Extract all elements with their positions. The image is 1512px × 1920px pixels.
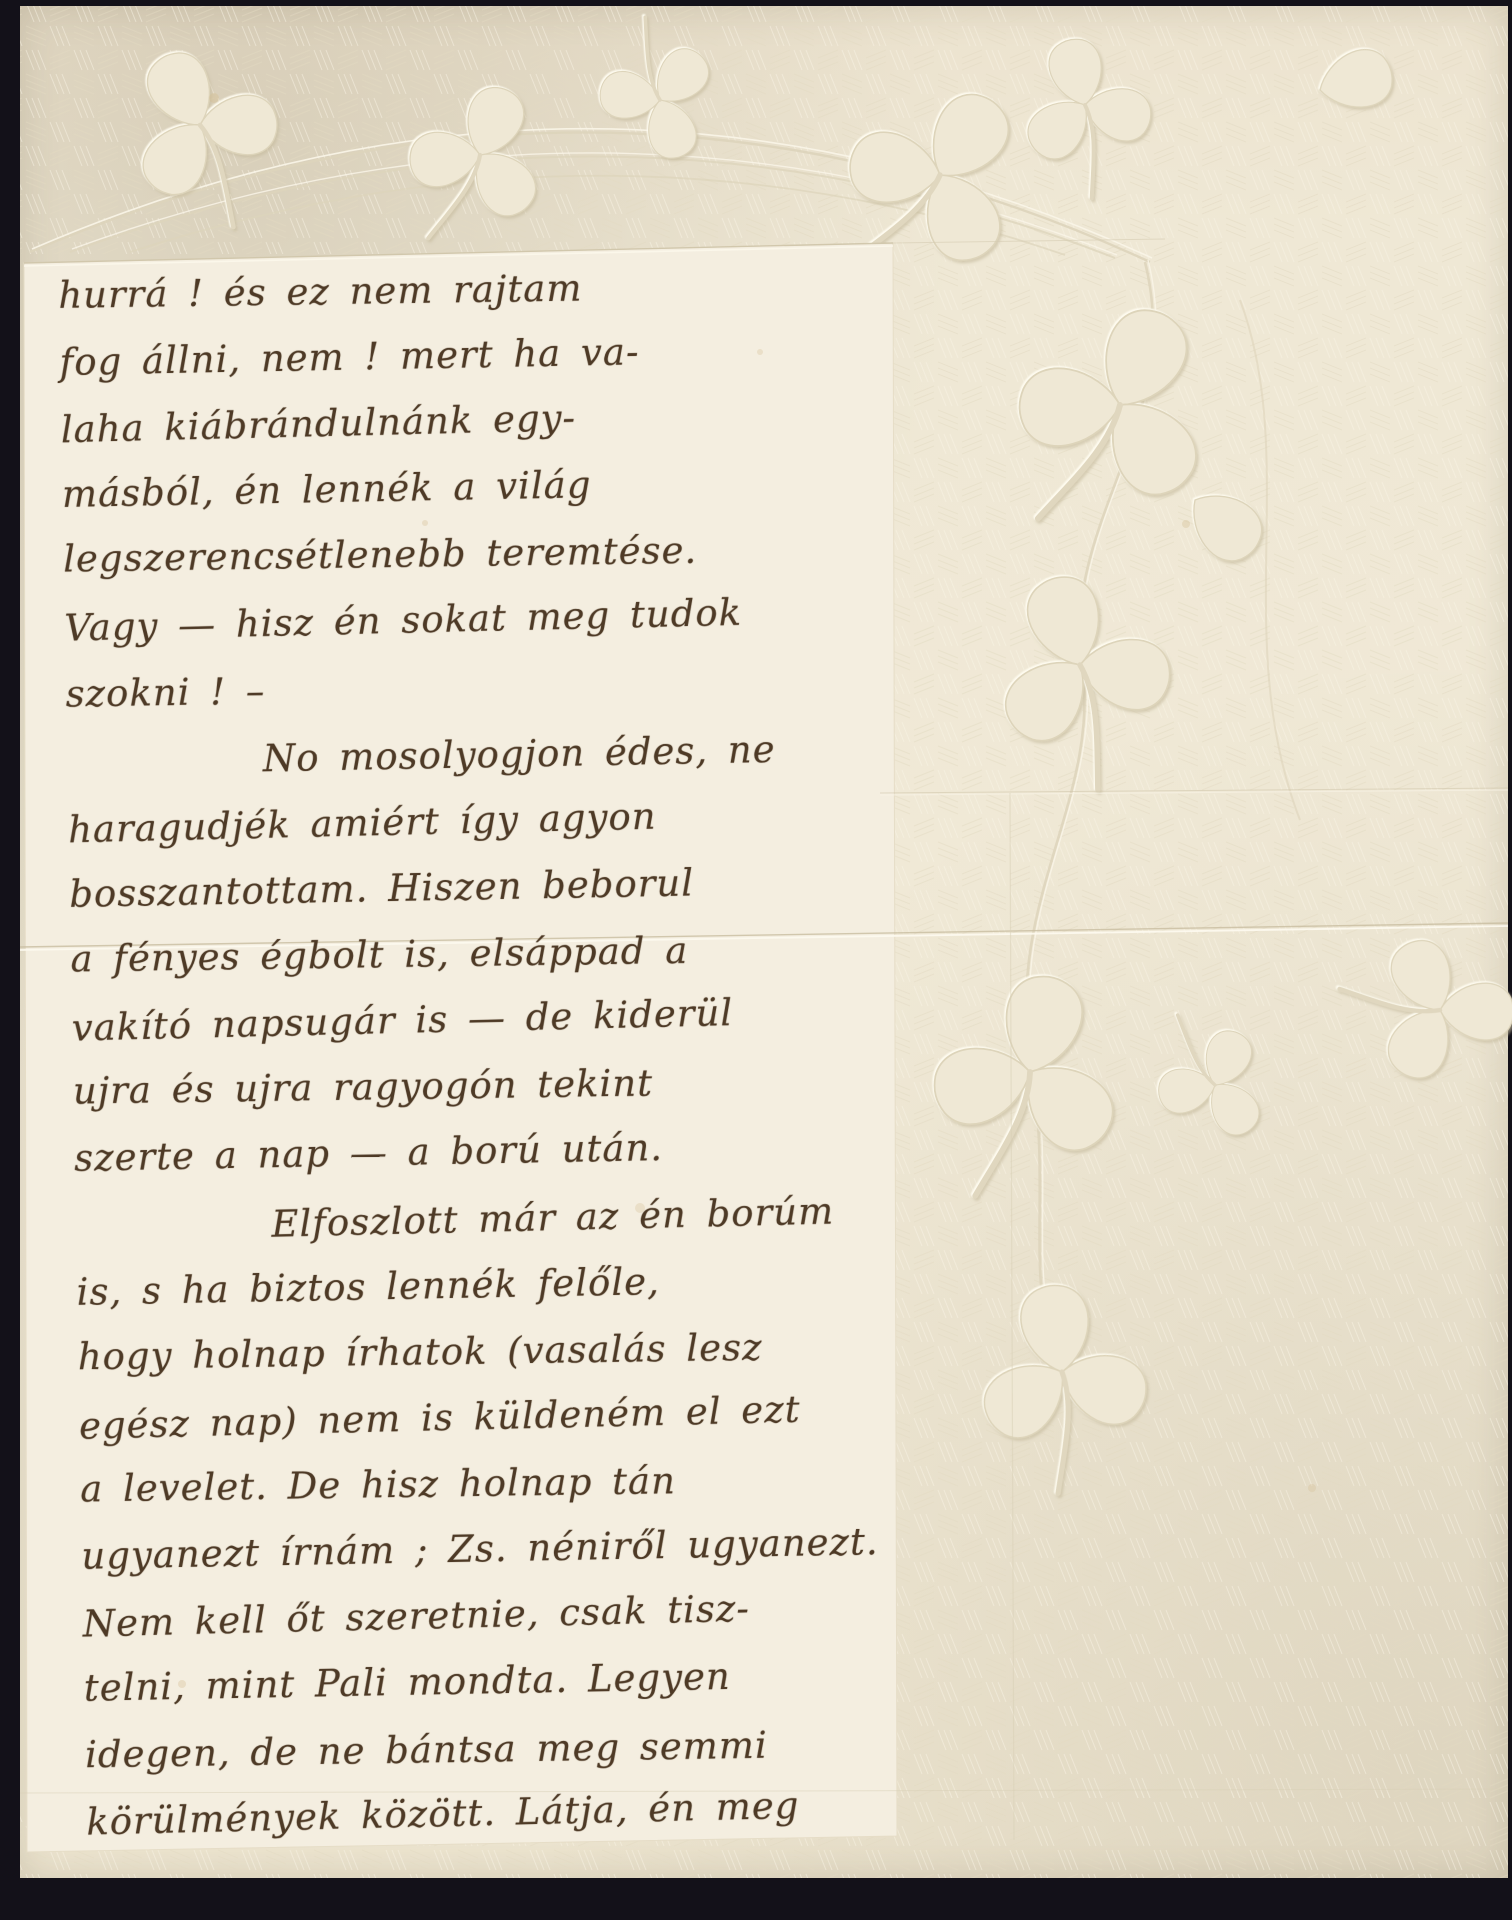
handwriting-line: Vagy — hisz én sokat meg tudok: [64, 594, 742, 647]
handwriting-line: telni, mint Pali mondta. Legyen: [84, 1658, 732, 1707]
handwriting-line: bosszantottam. Hiszen beborul: [69, 864, 694, 912]
handwriting-line: szerte a nap — a ború után.: [74, 1129, 664, 1177]
handwriting-line: idegen, de ne bántsa meg semmi: [85, 1727, 768, 1774]
handwriting-line: fog állni, nem ! mert ha va-: [59, 333, 640, 381]
handwriting-line: másból, én lennék a világ: [62, 466, 592, 513]
handwriting-line: egész nap) nem is küldeném el ezt: [79, 1391, 801, 1445]
handwriting-line: körülmények között. Látja, én meg: [86, 1787, 800, 1841]
letter-photograph: { "letter": { "kind": "handwritten lette…: [0, 0, 1512, 1920]
handwriting-line: No mosolyogjon édes, ne: [263, 731, 776, 777]
handwriting-line: Elfoszlott már az én borúm: [271, 1192, 835, 1242]
handwriting-line: Nem kell őt szeretnie, csak tisz-: [82, 1590, 750, 1643]
handwriting-line: ugyanezt írnám ; Zs. néniről ugyanezt.: [81, 1523, 879, 1575]
handwriting-line: haragudjék amiért így agyon: [68, 798, 657, 849]
handwriting-line: a levelet. De hisz holnap tán: [80, 1462, 676, 1507]
handwriting-line: is, s ha biztos lennék felőle,: [76, 1263, 660, 1311]
handwriting-line: laha kiábrándulnánk egy-: [60, 399, 576, 448]
handwriting-line: ujra és ujra ragyogón tekint: [73, 1064, 654, 1109]
handwriting-line: szokni ! –: [65, 673, 265, 713]
handwriting-line: vakító napsugár is — de kiderül: [71, 994, 733, 1047]
handwriting-line: a fényes égbolt is, elsáppad a: [70, 932, 688, 978]
handwriting-block: hurrá ! és ez nem rajtam fog állni, nem …: [58, 262, 937, 1867]
handwriting-line: hurrá ! és ez nem rajtam: [58, 270, 583, 314]
handwriting-line: hogy holnap írhatok (vasalás lesz: [78, 1329, 763, 1376]
handwriting-line: legszerencsétlenebb teremtése.: [63, 532, 698, 578]
